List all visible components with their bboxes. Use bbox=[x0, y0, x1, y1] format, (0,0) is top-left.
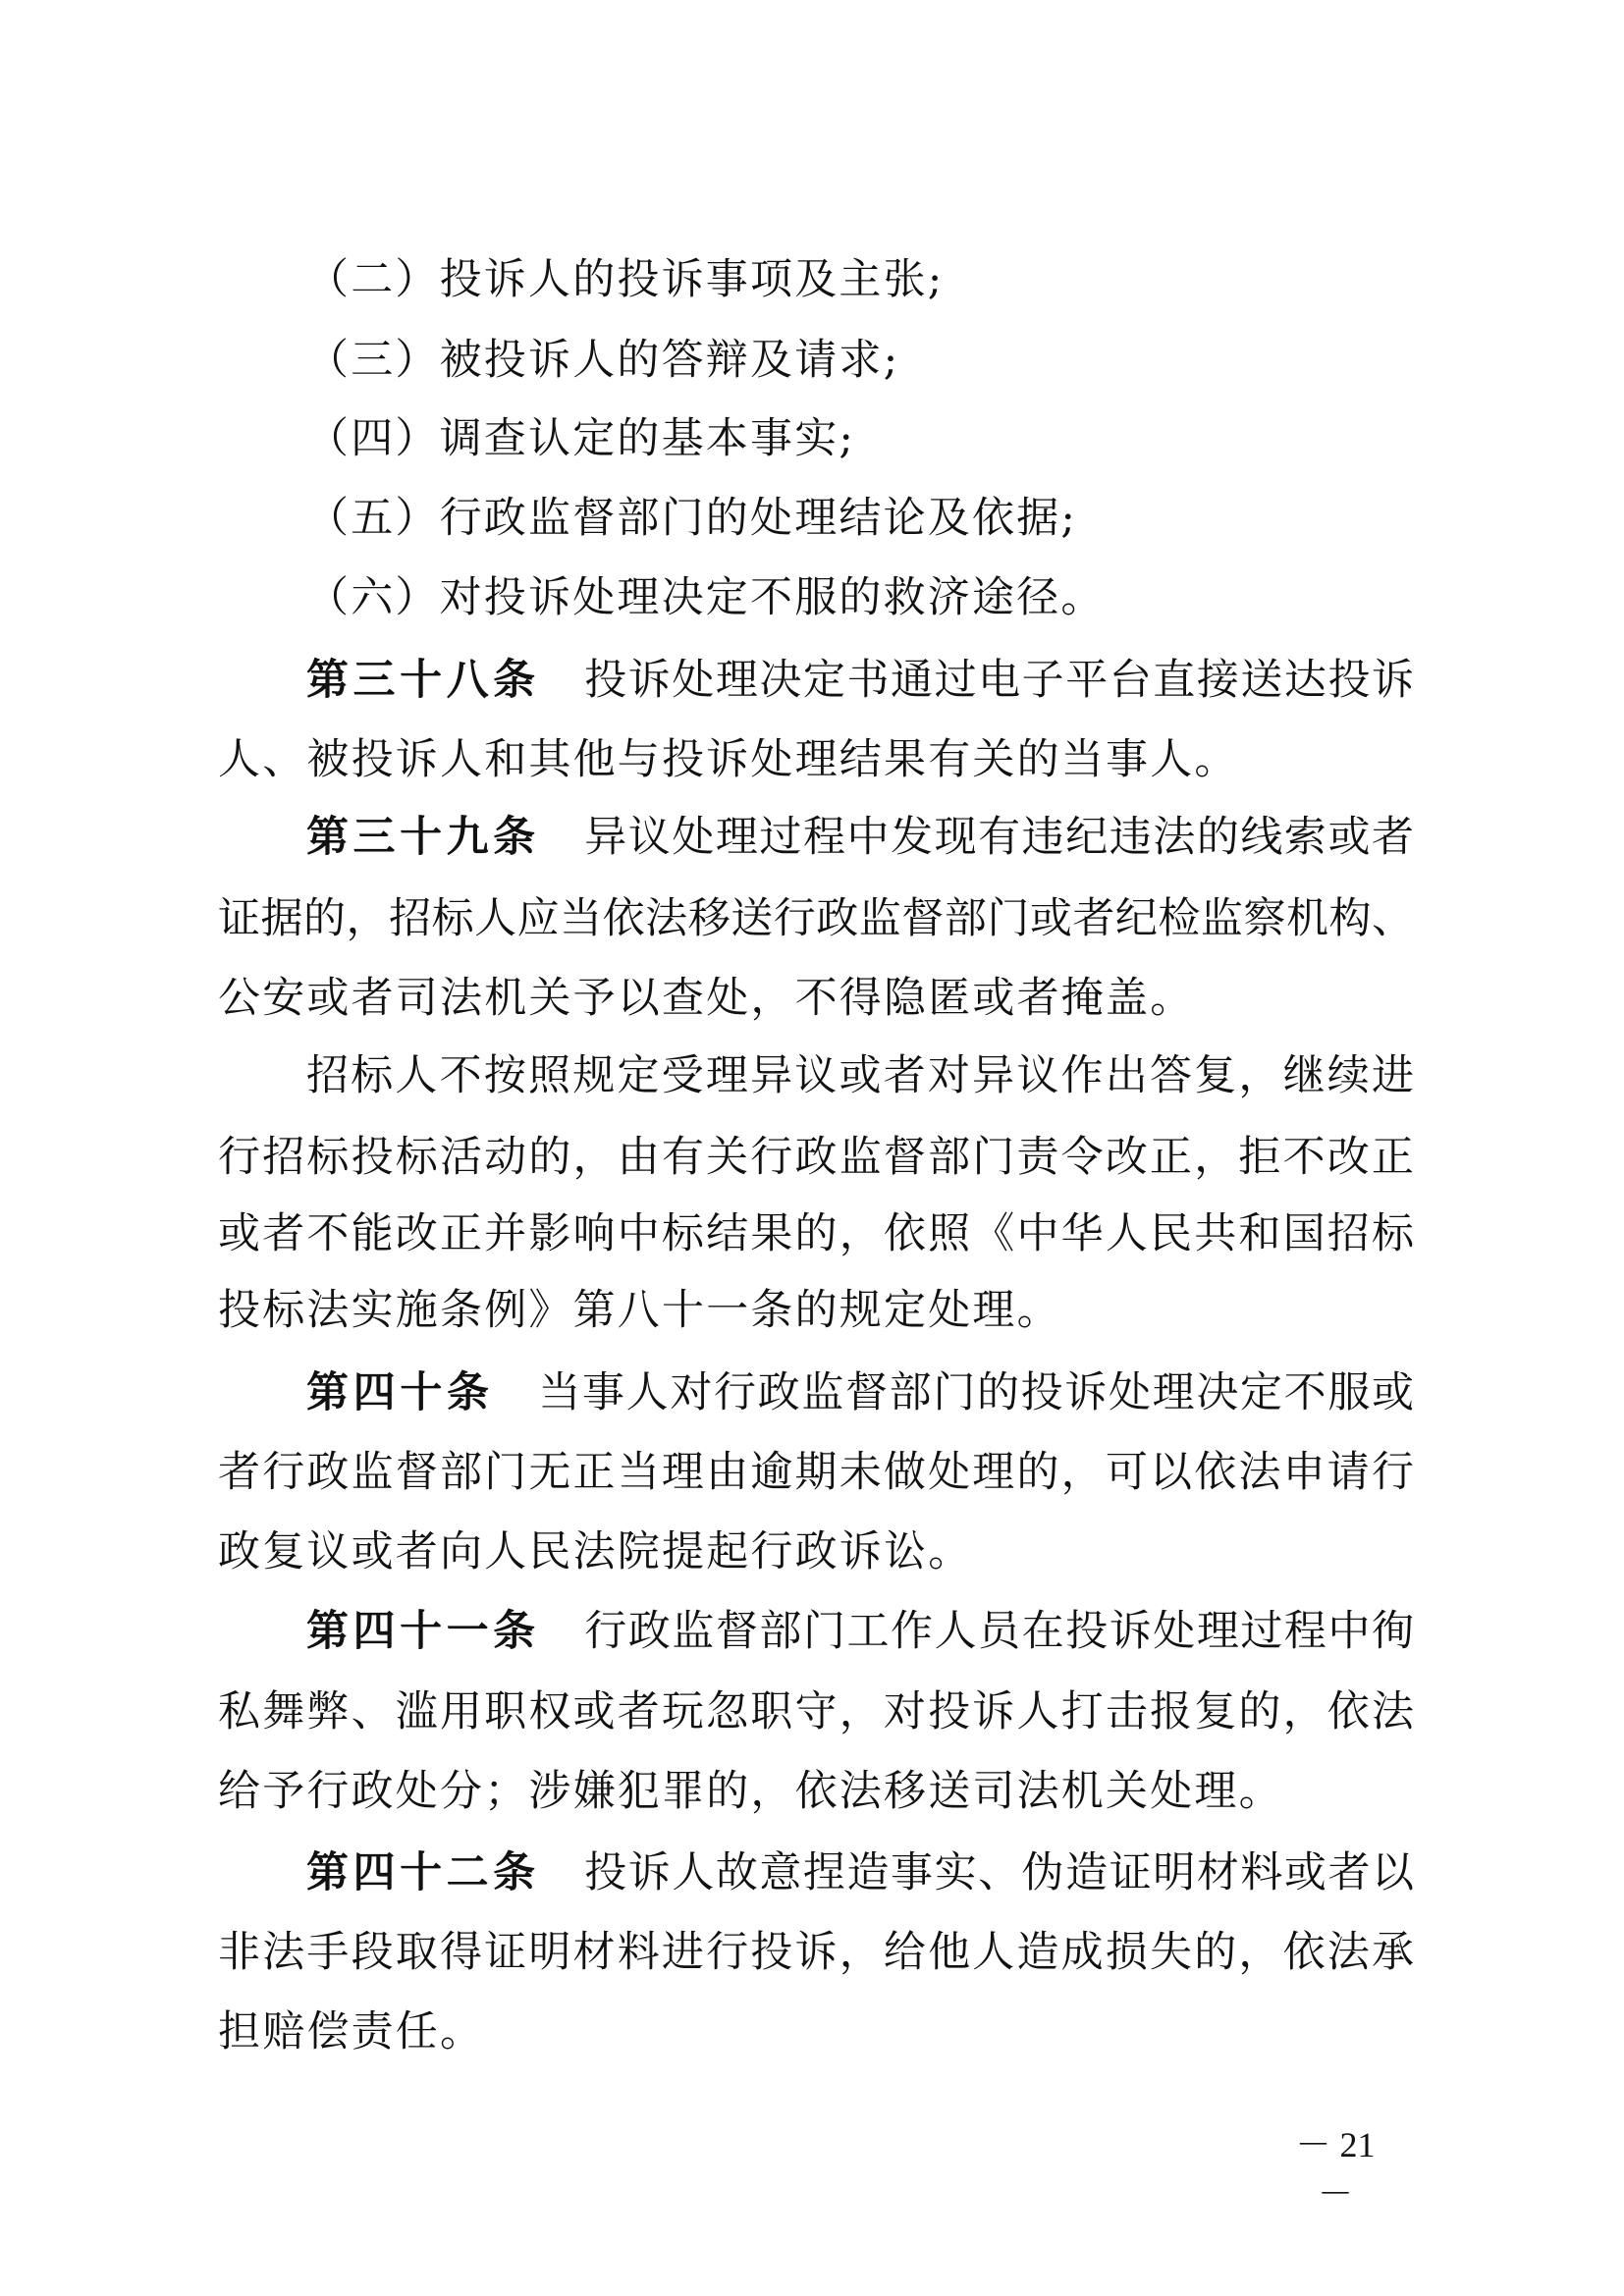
article-40-line: 政复议或者向人民法院提起行政诉讼。 bbox=[218, 1522, 1414, 1581]
article-38-line: 人、被投诉人和其他与投诉处理结果有关的当事人。 bbox=[218, 730, 1414, 789]
article-text: 投诉处理决定书通过电子平台直接送达投诉 bbox=[583, 656, 1414, 705]
article-text: 投诉人故意捏造事实、伪造证明材料或者以 bbox=[583, 1848, 1414, 1897]
article-39-paragraph2-line: 招标人不按照规定受理异议或者对异议作出答复，继续进 bbox=[306, 1046, 1414, 1105]
article-heading: 第四十一条 bbox=[306, 1607, 540, 1656]
article-42-line: 担赔偿责任。 bbox=[218, 2002, 1414, 2061]
article-heading: 第三十九条 bbox=[306, 813, 540, 862]
article-heading: 第三十八条 bbox=[306, 656, 540, 705]
article-heading: 第四十条 bbox=[306, 1368, 494, 1417]
article-heading: 第四十二条 bbox=[306, 1848, 540, 1897]
article-41-line: 第四十一条行政监督部门工作人员在投诉处理过程中徇 bbox=[306, 1602, 1414, 1661]
list-item: （五）行政监督部门的处理结论及依据; bbox=[306, 489, 1414, 548]
article-41-line: 给予行政处分；涉嫌犯罪的，依法移送司法机关处理。 bbox=[218, 1762, 1414, 1821]
document-page: （二）投诉人的投诉事项及主张; （三）被投诉人的答辩及请求; （四）调查认定的基… bbox=[0, 0, 1624, 2296]
list-item: （三）被投诉人的答辩及请求; bbox=[306, 331, 1414, 390]
article-39-paragraph2-line: 行招标投标活动的，由有关行政监督部门责令改正，拒不改正 bbox=[218, 1128, 1414, 1187]
list-item: （四）调查认定的基本事实; bbox=[306, 409, 1414, 468]
article-39-line: 公安或者司法机关予以查处，不得隐匿或者掩盖。 bbox=[218, 969, 1414, 1028]
article-40-line: 者行政监督部门无正当理由逾期未做处理的，可以依法申请行 bbox=[218, 1443, 1414, 1502]
article-39-paragraph2-line: 或者不能改正并影响中标结果的，依照《中华人民共和国招标 bbox=[218, 1204, 1414, 1263]
article-41-line: 私舞弊、滥用职权或者玩忽职守，对投诉人打击报复的，依法 bbox=[218, 1682, 1414, 1741]
list-item: （二）投诉人的投诉事项及主张; bbox=[306, 250, 1414, 309]
article-42-line: 非法手段取得证明材料进行投诉，给他人造成损失的，依法承 bbox=[218, 1923, 1414, 1982]
article-39-line: 证据的，招标人应当依法移送行政监督部门或者纪检监察机构、 bbox=[218, 889, 1414, 948]
article-text: 异议处理过程中发现有违纪违法的线索或者 bbox=[583, 813, 1414, 862]
article-39-paragraph2-line: 投标法实施条例》第八十一条的规定处理。 bbox=[218, 1281, 1414, 1340]
article-42-line: 第四十二条投诉人故意捏造事实、伪造证明材料或者以 bbox=[306, 1843, 1414, 1902]
article-40-line: 第四十条当事人对行政监督部门的投诉处理决定不服或 bbox=[306, 1363, 1414, 1422]
article-text: 当事人对行政监督部门的投诉处理决定不服或 bbox=[537, 1368, 1414, 1417]
article-text: 行政监督部门工作人员在投诉处理过程中徇 bbox=[583, 1607, 1414, 1656]
list-item: （六）对投诉处理决定不服的救济途径。 bbox=[306, 568, 1414, 627]
article-38-line: 第三十八条投诉处理决定书通过电子平台直接送达投诉 bbox=[306, 651, 1414, 710]
article-39-line: 第三十九条异议处理过程中发现有违纪违法的线索或者 bbox=[306, 808, 1414, 867]
page-number: － 21 － bbox=[1276, 2120, 1394, 2169]
